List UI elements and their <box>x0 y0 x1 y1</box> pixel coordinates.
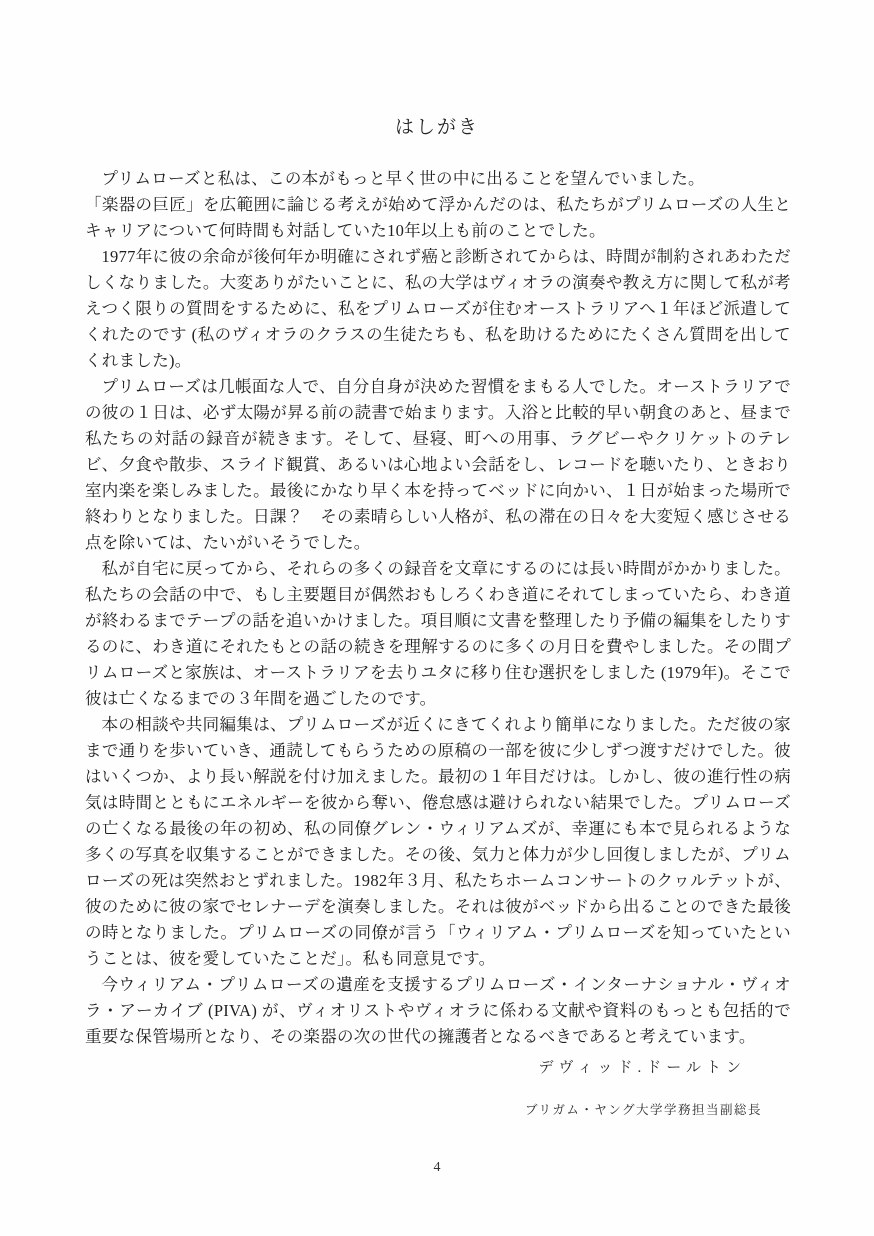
page-number: 4 <box>0 1160 874 1176</box>
document-page: はしがき プリムローズと私は、この本がもっと早く世の中に出ることを望んでいました… <box>0 0 874 1236</box>
paragraph-5: 私が自宅に戻ってから、それらの多くの録音を文章にするのには長い時間がかかりました… <box>85 556 791 712</box>
paragraph-7: 今ウィリアム・プリムローズの遺産を支援するプリムローズ・インターナショナル・ヴィ… <box>85 972 791 1050</box>
paragraph-3: 1977年に彼の余命が後何年か明確にされず癌と診断されてからは、時間が制約されあ… <box>85 244 791 374</box>
author-title: ブリガム・ヤング大学学務担当副総長 <box>525 1100 762 1118</box>
preface-body: プリムローズと私は、この本がもっと早く世の中に出ることを望んでいました。 「楽器… <box>85 166 791 1050</box>
paragraph-1: プリムローズと私は、この本がもっと早く世の中に出ることを望んでいました。 <box>85 166 791 192</box>
paragraph-6: 本の相談や共同編集は、プリムローズが近くにきてくれより簡単になりました。ただ彼の… <box>85 712 791 972</box>
author-name: デヴィッド.ドールトン <box>538 1056 746 1077</box>
paragraph-2: 「楽器の巨匠」を広範囲に論じる考えが始めて浮かんだのは、私たちがプリムローズの人… <box>85 192 791 244</box>
page-title: はしがき <box>0 112 874 139</box>
paragraph-4: プリムローズは几帳面な人で、自分自身が決めた習慣をまもる人でした。オーストラリア… <box>85 374 791 556</box>
